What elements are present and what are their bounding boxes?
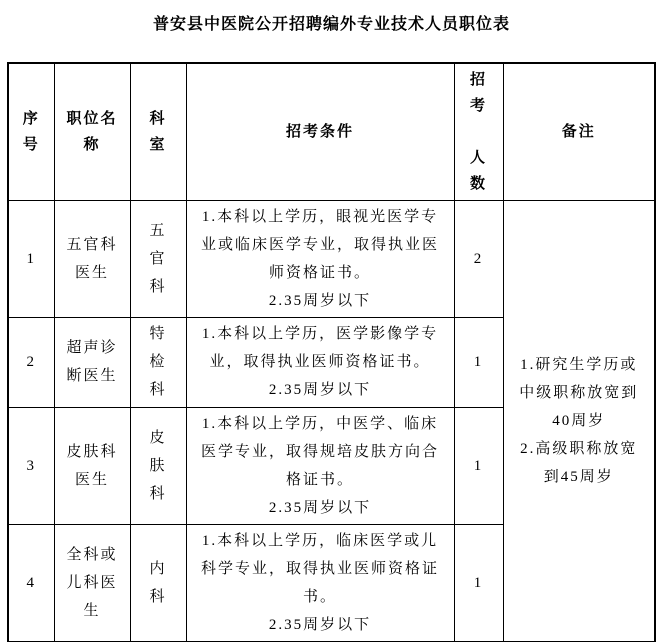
cell-department: 五 官 科	[130, 200, 186, 317]
cell-serial: 3	[8, 407, 54, 524]
header-cell-position: 职位名 称	[54, 63, 130, 200]
cell-headcount: 2	[454, 200, 503, 317]
header-cell-conditions: 招考条件	[186, 63, 454, 200]
cell-conditions: 1.本科以上学历，中医学、临床 医学专业，取得规培皮肤方向合 格证书。 2.35…	[186, 407, 454, 524]
cell-headcount: 1	[454, 524, 503, 642]
table-header-row: 序 号 职位名 称 科 室 招考条件 招 考 人 数 备注	[8, 63, 655, 200]
header-cell-remarks: 备注	[503, 63, 655, 200]
cell-department: 内 科	[130, 524, 186, 642]
cell-position: 超声诊 断医生	[54, 317, 130, 407]
cell-remarks: 1.研究生学历或 中级职称放宽到 40周岁 2.高级职称放宽 到45周岁	[503, 200, 655, 642]
cell-conditions: 1.本科以上学历，医学影像学专 业，取得执业医师资格证书。 2.35周岁以下	[186, 317, 454, 407]
cell-department: 皮 肤 科	[130, 407, 186, 524]
header-cell-serial: 序 号	[8, 63, 54, 200]
page-title: 普安县中医院公开招聘编外专业技术人员职位表	[0, 11, 663, 34]
cell-conditions: 1.本科以上学历，眼视光医学专 业或临床医学专业，取得执业医 师资格证书。 2.…	[186, 200, 454, 317]
cell-position: 五官科 医生	[54, 200, 130, 317]
cell-department: 特 检 科	[130, 317, 186, 407]
cell-headcount: 1	[454, 407, 503, 524]
cell-serial: 4	[8, 524, 54, 642]
position-table: 序 号 职位名 称 科 室 招考条件 招 考 人 数 备注 1 五官科 医生 五…	[7, 62, 656, 642]
cell-position: 皮肤科 医生	[54, 407, 130, 524]
cell-headcount: 1	[454, 317, 503, 407]
table-row: 1 五官科 医生 五 官 科 1.本科以上学历，眼视光医学专 业或临床医学专业，…	[8, 200, 655, 317]
header-cell-department: 科 室	[130, 63, 186, 200]
cell-serial: 1	[8, 200, 54, 317]
header-cell-headcount: 招 考 人 数	[454, 63, 503, 200]
cell-serial: 2	[8, 317, 54, 407]
cell-conditions: 1.本科以上学历，临床医学或儿 科学专业，取得执业医师资格证 书。 2.35周岁…	[186, 524, 454, 642]
document-page: 普安县中医院公开招聘编外专业技术人员职位表 序 号 职位名 称 科 室 招考条件…	[0, 0, 663, 642]
cell-position: 全科或 儿科医 生	[54, 524, 130, 642]
